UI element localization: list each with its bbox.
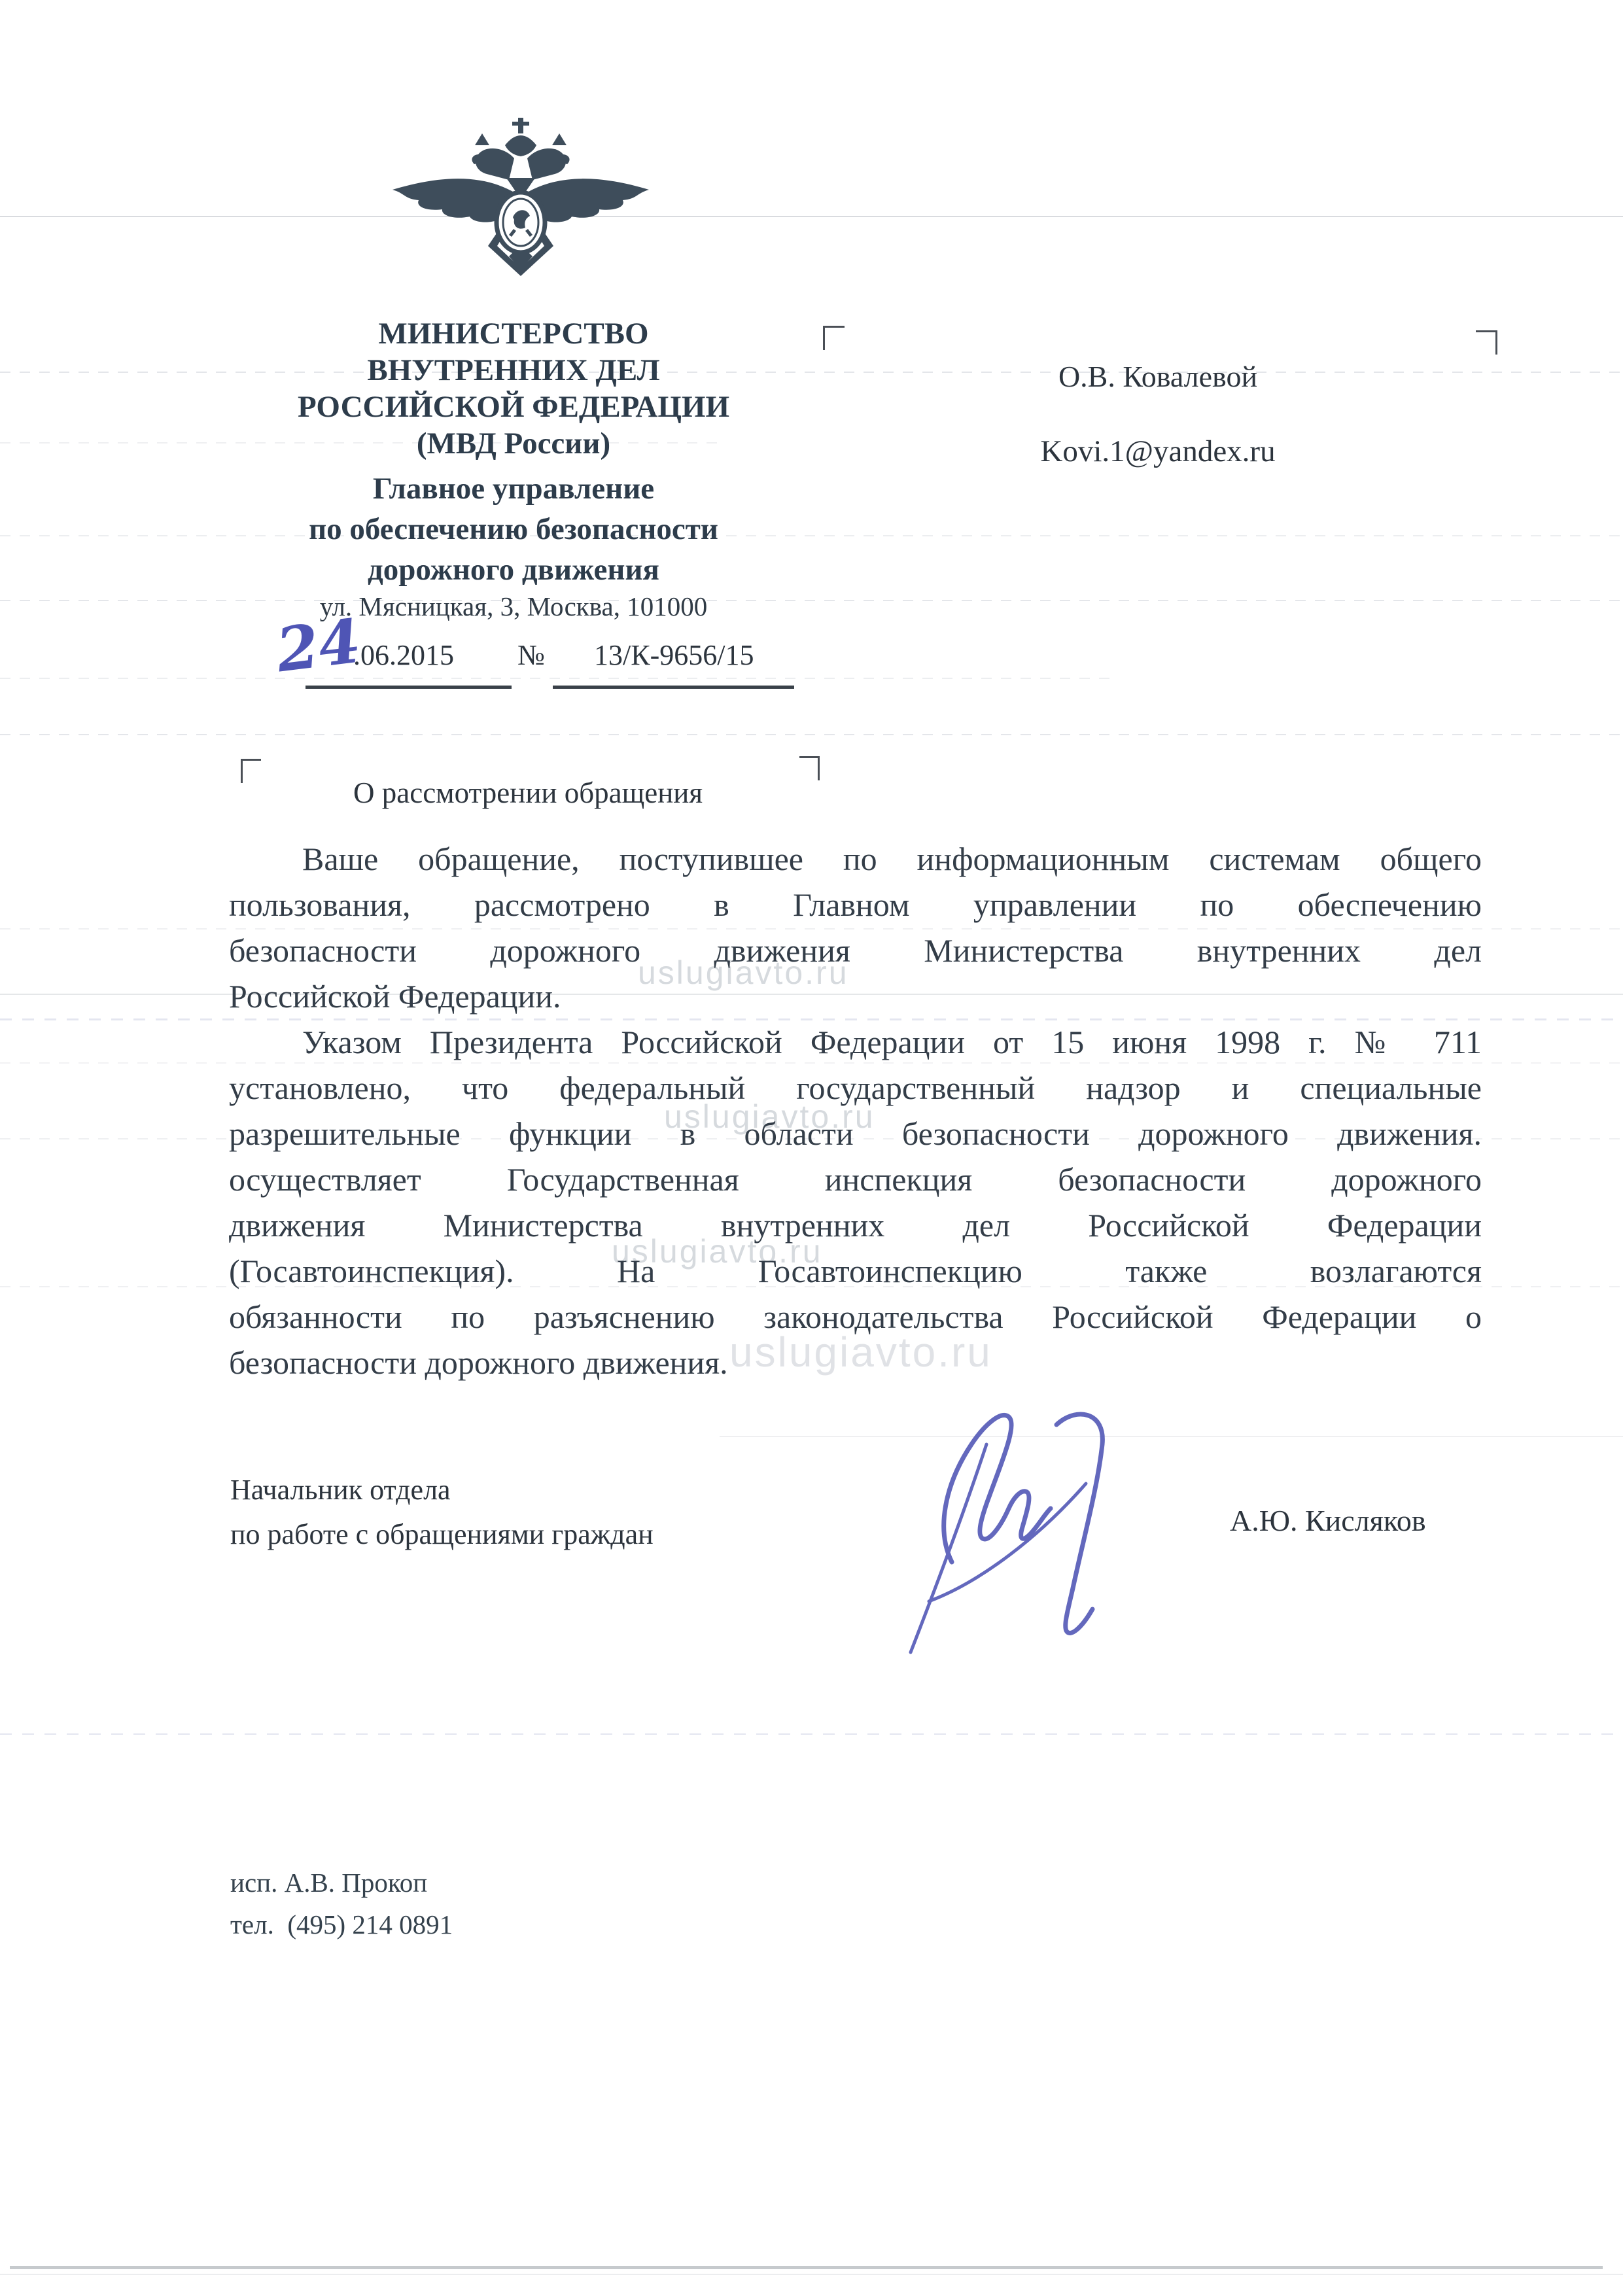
org-line: ВНУТРЕННИХ ДЕЛ — [216, 352, 811, 389]
body-line: безопасности дорожного движения. — [229, 1340, 1482, 1385]
executor-block: исп. А.В. Прокоп тел. (495) 214 0891 — [230, 1862, 453, 1945]
body-line: Российской Федерации. — [229, 973, 1482, 1019]
scan-artifact-line — [720, 1436, 1623, 1437]
body-line: установлено, что федеральный государстве… — [229, 1065, 1482, 1111]
recipient-name: О.В. Ковалевой — [955, 358, 1361, 395]
executor-name: исп. А.В. Прокоп — [230, 1862, 453, 1904]
executor-phone: тел. (495) 214 0891 — [230, 1904, 453, 1945]
subject-line: О рассмотрении обращения — [353, 776, 703, 810]
outgoing-number: 13/К-9656/15 — [594, 636, 754, 675]
org-line: РОССИЙСКОЙ ФЕДЕРАЦИИ — [216, 389, 811, 425]
number-sign: № — [517, 636, 545, 675]
body-line: движения Министерства внутренних дел Рос… — [229, 1202, 1482, 1248]
signer-name: А.Ю. Кисляков — [1230, 1503, 1426, 1538]
letter-body: Ваше обращение, поступившее по информаци… — [229, 836, 1482, 1385]
date-underline — [305, 686, 512, 689]
signer-position-line: по работе с обращениями граждан — [230, 1512, 654, 1557]
division-line: Главное управление — [216, 468, 811, 509]
recipient-block: О.В. Ковалевой Kovi.1@yandex.ru — [955, 358, 1361, 470]
scan-artifact-line — [10, 2266, 1603, 2269]
signer-position: Начальник отдела по работе с обращениями… — [230, 1468, 654, 1557]
org-line: МИНИСТЕРСТВО — [216, 315, 811, 352]
subject-corner-mark — [799, 756, 820, 780]
division-name: Главное управление по обеспечению безопа… — [216, 468, 811, 590]
scan-artifact-line — [0, 2274, 1623, 2275]
mvd-emblem-eagle-icon — [385, 118, 657, 277]
number-underline — [553, 686, 794, 689]
org-line: (МВД России) — [216, 425, 811, 462]
subject-corner-mark — [241, 759, 261, 783]
org-name: МИНИСТЕРСТВО ВНУТРЕННИХ ДЕЛ РОССИЙСКОЙ Ф… — [216, 315, 811, 462]
signature-ink — [890, 1405, 1164, 1660]
recipient-corner-mark — [1476, 330, 1497, 355]
body-line: обязанности по разъяснению законодательс… — [229, 1294, 1482, 1340]
body-line: безопасности дорожного движения Министер… — [229, 928, 1482, 973]
scan-artifact-line — [0, 1733, 1623, 1735]
recipient-email: Kovi.1@yandex.ru — [955, 433, 1361, 470]
date-suffix: .06.2015 — [353, 636, 454, 675]
scanned-letter-page: МИНИСТЕРСТВО ВНУТРЕННИХ ДЕЛ РОССИЙСКОЙ Ф… — [0, 0, 1623, 2296]
signer-position-line: Начальник отдела — [230, 1468, 654, 1512]
body-line: разрешительные функции в области безопас… — [229, 1111, 1482, 1157]
letterhead: МИНИСТЕРСТВО ВНУТРЕННИХ ДЕЛ РОССИЙСКОЙ Ф… — [216, 315, 811, 621]
recipient-corner-mark — [823, 326, 845, 350]
division-line: по обеспечению безопасности — [216, 509, 811, 549]
reference-row: .06.2015 № 13/К-9656/15 — [0, 636, 1623, 675]
body-line: (Госавтоинспекция). На Госавтоинспекцию … — [229, 1248, 1482, 1294]
division-line: дорожного движения — [216, 549, 811, 590]
scan-artifact-line — [0, 734, 1623, 735]
body-line: Ваше обращение, поступившее по информаци… — [229, 836, 1482, 882]
body-line: пользования, рассмотрено в Главном управ… — [229, 882, 1482, 928]
scan-artifact-line — [0, 678, 1112, 679]
body-line: Указом Президента Российской Федерации о… — [229, 1019, 1482, 1065]
scan-artifact-line — [0, 216, 1623, 217]
body-line: осуществляет Государственная инспекция б… — [229, 1157, 1482, 1202]
